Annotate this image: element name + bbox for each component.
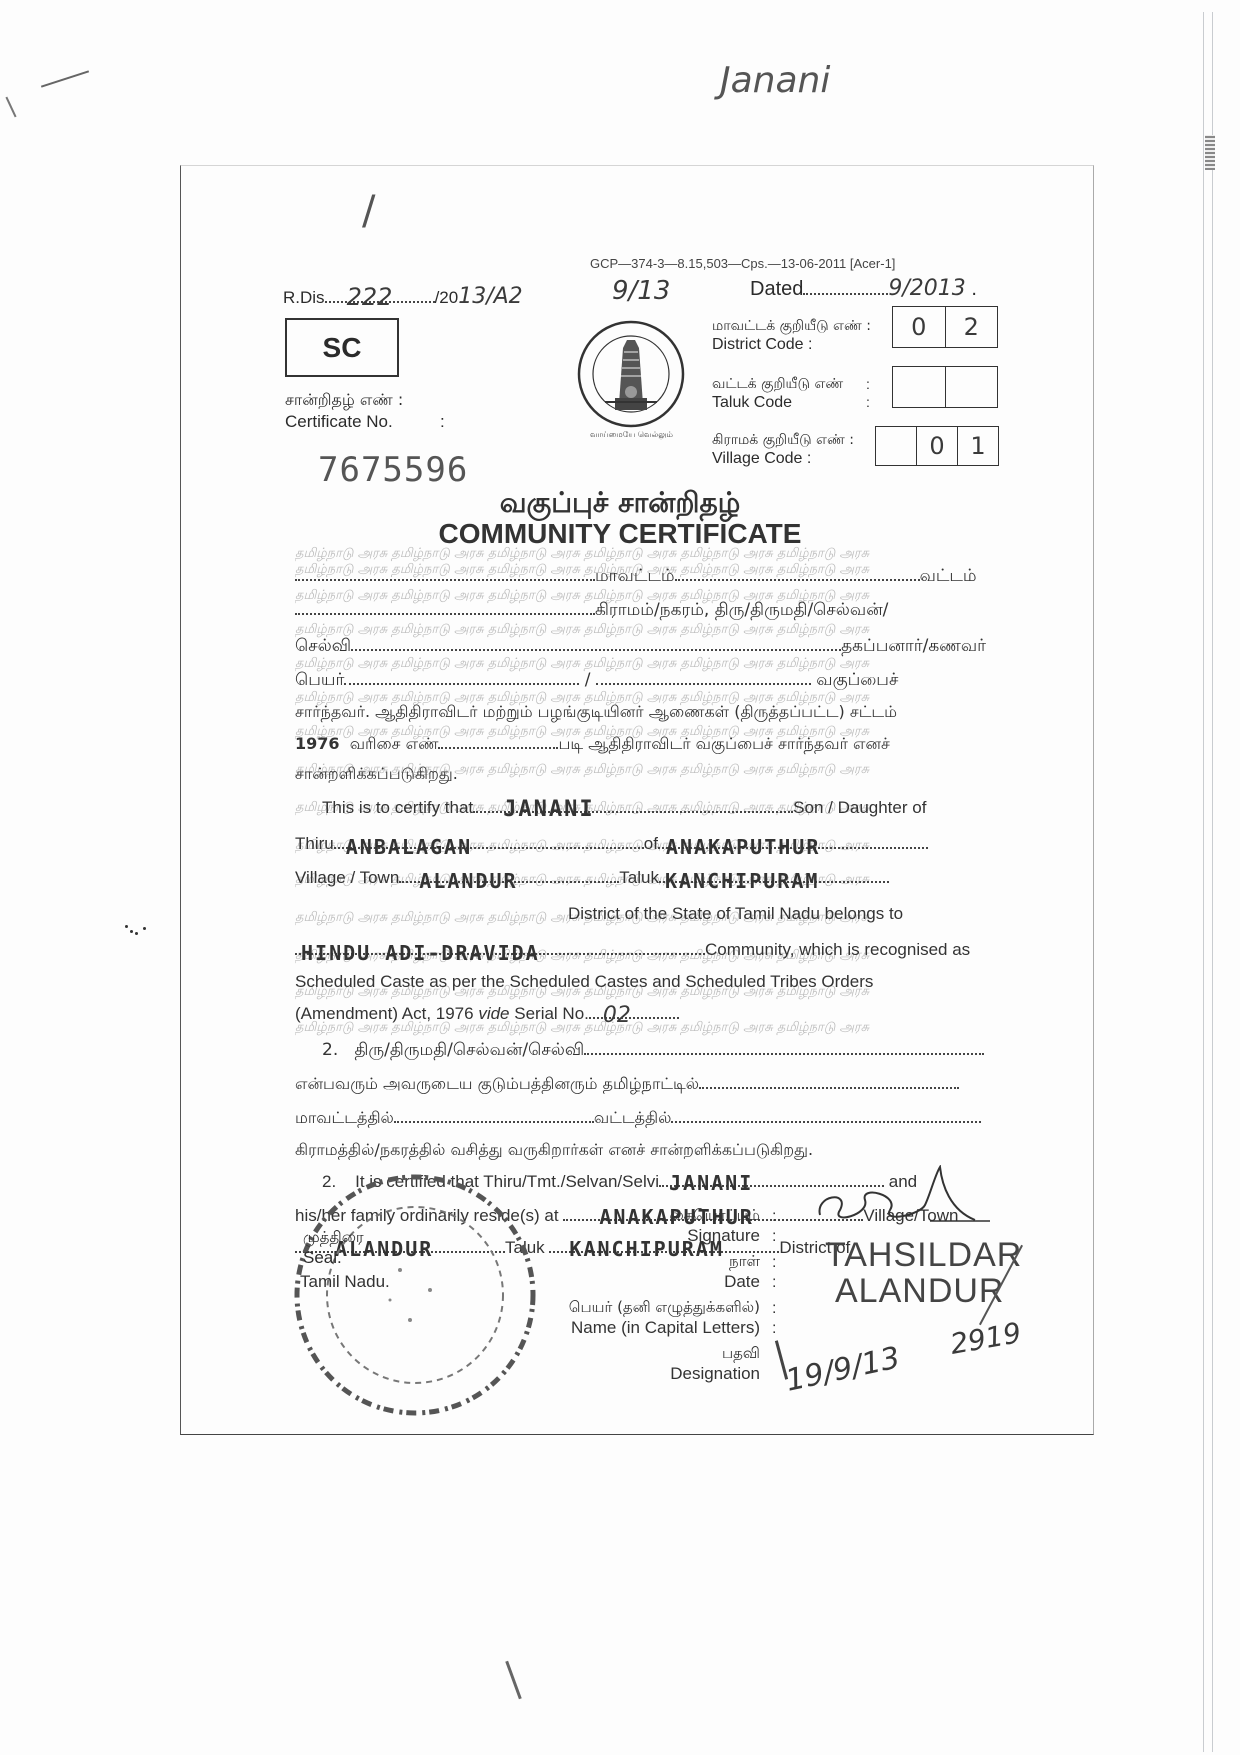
colon: : [772,1254,776,1272]
colon: : [772,1228,776,1246]
certificate-no-label-en: Certificate No. [285,412,393,432]
dated-value: 9/2013 [888,276,965,301]
scan-edge-line [1203,12,1204,1752]
district-code-label-ta: மாவட்டக் குறியீடு எண் : [712,318,871,336]
district-code-digit: 2 [946,307,998,347]
district-state-line: District of the State of Tamil Nadu belo… [568,904,903,924]
taluk-value: KANCHIPURAM [665,869,819,893]
tamil-line-father: பெயர் / வகுப்பைச் [295,670,898,692]
seal-label-ta: முத்திரை [303,1228,364,1248]
tamil-line-act: சார்ந்தவர். ஆதிதிராவிடர் மற்றும் பழங்குட… [295,702,897,723]
tamil-line-village: கிராமம்/நகரம், திரு/திருமதி/செல்வன்/ [295,600,888,622]
rdis-number: 222 [347,283,393,311]
village-code-digit: 0 [917,427,958,465]
seal-label-en: Seal. [303,1248,342,1268]
colon: : [772,1300,776,1318]
signature-scribble-icon [810,1165,990,1235]
parent-line: ThiruANBALAGANofANAKAPUTHUR [295,834,928,854]
colon: : [772,1274,776,1292]
tamil2-line-district: மாவட்டத்தில்வட்டத்தில் [295,1108,981,1129]
certify-line: This is to certify thatJANANISon / Daugh… [322,798,926,818]
category-box: SC [285,318,399,377]
tamil2-line-residing: கிராமத்தில்/நகரத்தில் வசித்து வருகிறார்க… [295,1140,813,1161]
designation-label-ta: பதவி [560,1344,760,1364]
village-town-value: ALANDUR [419,869,517,893]
handwritten-name-annotation: Janani [720,60,830,101]
certificate-number: 7675596 [318,450,468,490]
tamil-line-name: செல்விதகப்பனார்/கணவர் [295,636,986,658]
taluk-code-box [892,366,998,408]
watermark-text: தமிழ்நாடு அரசு தமிழ்நாடு அரசு தமிழ்நாடு … [295,546,1015,562]
village-code-digit: 1 [958,427,998,465]
signature-label-ta: கையொப்பம் [560,1206,760,1226]
certificate-no-colon: : [440,412,445,432]
emblem-caption: வாய்மையே வெல்லும் [590,430,673,440]
taluk-code-colon: : [866,394,870,410]
rdis-reference: R.Dis222/2013/A2 [283,284,523,309]
stamp-office: ALANDUR [835,1272,1004,1311]
colon: : [772,1208,776,1226]
rdis-year-prefix: /20 [435,288,459,307]
scan-artifact [505,1661,521,1700]
tamil-line-certified: சான்றளிக்கப்படுகிறது. [295,764,458,785]
village-code-box: 0 1 [875,426,999,466]
scan-edge-line [1212,12,1213,1752]
handwritten-date-above-emblem: 9/13 [612,276,670,306]
parent-name: ANBALAGAN [346,835,472,859]
margin-pen-mark [41,70,89,87]
person-name-2: JANANI [669,1171,753,1195]
community-value: HINDU ADI-DRAVIDA [301,941,540,965]
amendment-line: (Amendment) Act, 1976 vide Serial No.02 [295,1004,679,1024]
colon: : [772,1320,776,1338]
officer-signature [810,1165,990,1235]
margin-pen-mark [5,97,16,118]
print-code: GCP—374-3—8.15,503—Cps.—13-06-2011 [Acer… [590,256,895,271]
signature-label-en: Signature [560,1226,760,1246]
date-label-en: Date [560,1272,760,1292]
village-code-digit [876,427,917,465]
taluk-code-label-ta: வட்டக் குறியீடு எண் [712,376,843,394]
tamil2-line-name: 2. திரு/திருமதி/செல்வன்/செல்வி [322,1040,984,1062]
village-code-label-en: Village Code : [712,450,811,468]
dated-label: Dated [750,278,803,300]
scheduled-caste-line: Scheduled Caste as per the Scheduled Cas… [295,972,873,992]
taluk-code-digit [893,367,946,407]
temple-gopuram-icon [575,318,687,430]
district-code-digit: 0 [893,307,946,347]
tamil-line-serial: 1976 வரிசை எண்படி ஆதிதிராவிடர் வகுப்பைச்… [295,734,890,755]
community-line: HINDU ADI-DRAVIDACommunity, which is rec… [295,940,970,960]
name-label-ta: பெயர் (தனி எழுத்துக்களில்) [460,1298,760,1318]
rdis-year-suffix: 13/A2 [458,284,522,309]
date-label-ta: நாள் [560,1252,760,1272]
tamil2-line-family: என்பவரும் அவருடைய குடும்பத்தினரும் தமிழ்… [295,1074,959,1095]
serial-number: 02 [603,1003,631,1028]
tamil-line-district: மாவட்டம்வட்டம் [295,566,977,588]
name-label-en: Name (in Capital Letters) [460,1318,760,1338]
district-code-box: 0 2 [892,306,998,348]
taluk-code-colon: : [866,376,870,392]
place-name: ANAKAPUTHUR [666,835,820,859]
taluk-code-label-en: Taluk Code [712,394,792,412]
rdis-label: R.Dis [283,288,325,307]
designation-label-en: Designation [560,1364,760,1384]
village-code-label-ta: கிராமக் குறியீடு எண் : [712,432,854,450]
village-taluk-line: Village / TownALANDURTalukKANCHIPURAM [295,868,889,888]
person-name: JANANI [503,797,594,822]
dated-field: Dated9/2013 . [750,276,977,301]
margin-tick-mark: / [362,188,375,234]
tamil-nadu-emblem [575,318,687,430]
official-seal [290,1170,540,1420]
scan-artifact [1205,135,1215,170]
taluk-code-digit [946,367,998,407]
stamp-designation: TAHSILDAR [825,1236,1022,1275]
scan-dots [125,925,147,935]
certificate-no-label-ta: சான்றிதழ் எண் : [285,390,403,411]
round-seal-icon [290,1170,540,1420]
district-code-label-en: District Code : [712,336,812,354]
